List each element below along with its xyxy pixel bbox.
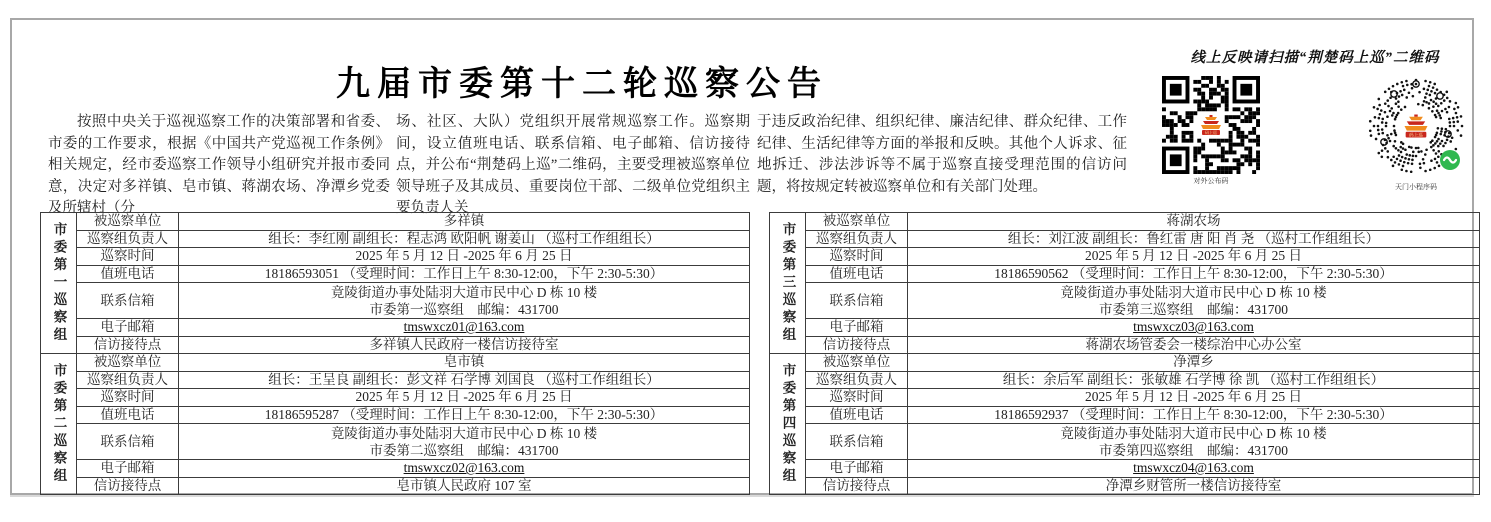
field-label: 信访接待点	[77, 477, 179, 495]
qr-logo-label: 码上巡	[1409, 131, 1423, 138]
unit-value: 蒋湖农场	[908, 213, 1480, 231]
group-label: 市委第三巡察组	[770, 213, 806, 354]
mailbox-line1: 竟陵街道办事处陆羽大道市民中心 D 栋 10 楼	[182, 284, 746, 301]
leaders-value: 组长：刘江波 副组长：鲁红雷 唐 阳 肖 尧 （巡村工作组组长）	[908, 230, 1480, 248]
phone-value: 18186595287 （受理时间：工作日上午 8:30-12:00，下午 2:…	[179, 406, 750, 424]
period-value: 2025 年 5 月 12 日 -2025 年 6 月 25 日	[179, 389, 750, 407]
email-cell: tmswxcz03@163.com	[908, 319, 1480, 337]
field-label: 巡察组负责人	[806, 230, 908, 248]
phone-value: 18186593051 （受理时间：工作日上午 8:30-12:00，下午 2:…	[179, 265, 750, 283]
field-label: 联系信箱	[77, 424, 179, 460]
period-value: 2025 年 5 月 12 日 -2025 年 6 月 25 日	[908, 248, 1480, 266]
field-label: 信访接待点	[77, 336, 179, 354]
mailbox-line2: 市委第三巡察组 邮编：431700	[911, 301, 1476, 318]
intro-paragraph-col1: 按照中央关于巡视巡察工作的决策部署和省委、市委的工作要求，根据《中国共产党巡视工…	[48, 112, 390, 220]
qr-caption-public: 对外公布码	[1194, 177, 1229, 185]
page-frame: 九届市委第十二轮巡察公告 按照中央关于巡视巡察工作的决策部署和省委、市委的工作要…	[10, 18, 1474, 495]
field-label: 联系信箱	[806, 424, 908, 460]
field-label: 巡察组负责人	[77, 371, 179, 389]
mailbox-line2: 市委第一巡察组 邮编：431700	[182, 301, 746, 318]
mailbox-value: 竟陵街道办事处陆羽大道市民中心 D 栋 10 楼市委第一巡察组 邮编：43170…	[179, 283, 750, 319]
unit-value: 皂市镇	[179, 354, 750, 372]
leaders-value: 组长：王呈良 副组长：彭文祥 石学博 刘国良 （巡村工作组组长）	[179, 371, 750, 389]
email-link[interactable]: tmswxcz01@163.com	[404, 319, 525, 334]
field-label: 值班电话	[806, 406, 908, 424]
field-label: 电子邮箱	[77, 319, 179, 337]
email-cell: tmswxcz04@163.com	[908, 460, 1480, 478]
mailbox-line1: 竟陵街道办事处陆羽大道市民中心 D 栋 10 楼	[182, 425, 746, 442]
reception-value: 多祥镇人民政府一楼信访接待室	[179, 336, 750, 354]
phone-value: 18186592937 （受理时间：工作日上午 8:30-12:00，下午 2:…	[908, 406, 1480, 424]
reception-value: 蒋湖农场管委会一楼综治中心办公室	[908, 336, 1480, 354]
qr-section: 线上反映请扫描“荆楚码上巡”二维码 码上巡 对外公布码 码上巡 天门小程序码	[1150, 46, 1480, 191]
reception-value: 净潭乡财管所一楼信访接待室	[908, 477, 1480, 495]
leaders-value: 组长：余后军 副组长：张敏雄 石学博 徐 凯 （巡村工作组组长）	[908, 371, 1480, 389]
intro-paragraph-col2: 场、社区、大队）党组织开展常规巡察工作。巡察期间，设立值班电话、联系信箱、电子邮…	[396, 112, 750, 220]
field-label: 电子邮箱	[806, 460, 908, 478]
field-label: 联系信箱	[77, 283, 179, 319]
mailbox-line2: 市委第四巡察组 邮编：431700	[911, 442, 1476, 459]
mailbox-line2: 市委第二巡察组 邮编：431700	[182, 442, 746, 459]
mailbox-line1: 竟陵街道办事处陆羽大道市民中心 D 栋 10 楼	[911, 284, 1476, 301]
wechat-icon	[1440, 150, 1460, 170]
email-link[interactable]: tmswxcz04@163.com	[1133, 460, 1254, 475]
mailbox-value: 竟陵街道办事处陆羽大道市民中心 D 栋 10 楼市委第三巡察组 邮编：43170…	[908, 283, 1480, 319]
field-label: 被巡察单位	[77, 354, 179, 372]
group-label: 市委第二巡察组	[41, 354, 77, 495]
qr-caption-miniprogram: 天门小程序码	[1395, 183, 1437, 191]
email-link[interactable]: tmswxcz03@163.com	[1133, 319, 1254, 334]
field-label: 信访接待点	[806, 477, 908, 495]
field-label: 信访接待点	[806, 336, 908, 354]
field-label: 巡察组负责人	[77, 230, 179, 248]
leaders-value: 组长：李红刚 副组长：程志鸿 欧阳帆 谢姜山 （巡村工作组组长）	[179, 230, 750, 248]
square-qr-code-icon: 码上巡	[1162, 76, 1260, 174]
unit-value: 净潭乡	[908, 354, 1480, 372]
field-label: 值班电话	[806, 265, 908, 283]
inspection-table: 市委第三巡察组被巡察单位蒋湖农场巡察组负责人组长：刘江波 副组长：鲁红雷 唐 阳…	[769, 212, 1480, 495]
field-label: 巡察时间	[806, 389, 908, 407]
mailbox-value: 竟陵街道办事处陆羽大道市民中心 D 栋 10 楼市委第二巡察组 邮编：43170…	[179, 424, 750, 460]
qr-codes-row: 码上巡 对外公布码 码上巡 天门小程序码	[1150, 76, 1480, 191]
intro-paragraph-col3: 于违反政治纪律、组织纪律、廉洁纪律、群众纪律、工作纪律、生活纪律等方面的举报和反…	[757, 112, 1127, 198]
field-label: 值班电话	[77, 406, 179, 424]
period-value: 2025 年 5 月 12 日 -2025 年 6 月 25 日	[179, 248, 750, 266]
inspection-table: 市委第一巡察组被巡察单位多祥镇巡察组负责人组长：李红刚 副组长：程志鸿 欧阳帆 …	[40, 212, 750, 495]
field-label: 值班电话	[77, 265, 179, 283]
phone-value: 18186590562 （受理时间：工作日上午 8:30-12:00，下午 2:…	[908, 265, 1480, 283]
email-cell: tmswxcz02@163.com	[179, 460, 750, 478]
field-label: 被巡察单位	[77, 213, 179, 231]
page-title: 九届市委第十二轮巡察公告	[42, 56, 1122, 105]
field-label: 被巡察单位	[806, 354, 908, 372]
email-link[interactable]: tmswxcz02@163.com	[404, 460, 525, 475]
qr-heading: 线上反映请扫描“荆楚码上巡”二维码	[1150, 46, 1480, 67]
field-label: 电子邮箱	[806, 319, 908, 337]
period-value: 2025 年 5 月 12 日 -2025 年 6 月 25 日	[908, 389, 1480, 407]
field-label: 电子邮箱	[77, 460, 179, 478]
field-label: 巡察组负责人	[806, 371, 908, 389]
announcement-page: 九届市委第十二轮巡察公告 按照中央关于巡视巡察工作的决策部署和省委、市委的工作要…	[0, 0, 1491, 522]
field-label: 巡察时间	[806, 248, 908, 266]
mailbox-line1: 竟陵街道办事处陆羽大道市民中心 D 栋 10 楼	[911, 425, 1476, 442]
round-miniprogram-qr-code-icon: 码上巡	[1364, 76, 1468, 180]
reception-value: 皂市镇人民政府 107 室	[179, 477, 750, 495]
email-cell: tmswxcz01@163.com	[179, 319, 750, 337]
group-label: 市委第一巡察组	[41, 213, 77, 354]
unit-value: 多祥镇	[179, 213, 750, 231]
qr-item-public: 码上巡 对外公布码	[1162, 76, 1260, 191]
qr-item-miniprogram: 码上巡 天门小程序码	[1364, 76, 1468, 191]
field-label: 巡察时间	[77, 389, 179, 407]
group-label: 市委第四巡察组	[770, 354, 806, 495]
field-label: 巡察时间	[77, 248, 179, 266]
field-label: 联系信箱	[806, 283, 908, 319]
field-label: 被巡察单位	[806, 213, 908, 231]
qr-logo-label: 码上巡	[1205, 129, 1218, 135]
mailbox-value: 竟陵街道办事处陆羽大道市民中心 D 栋 10 楼市委第四巡察组 邮编：43170…	[908, 424, 1480, 460]
